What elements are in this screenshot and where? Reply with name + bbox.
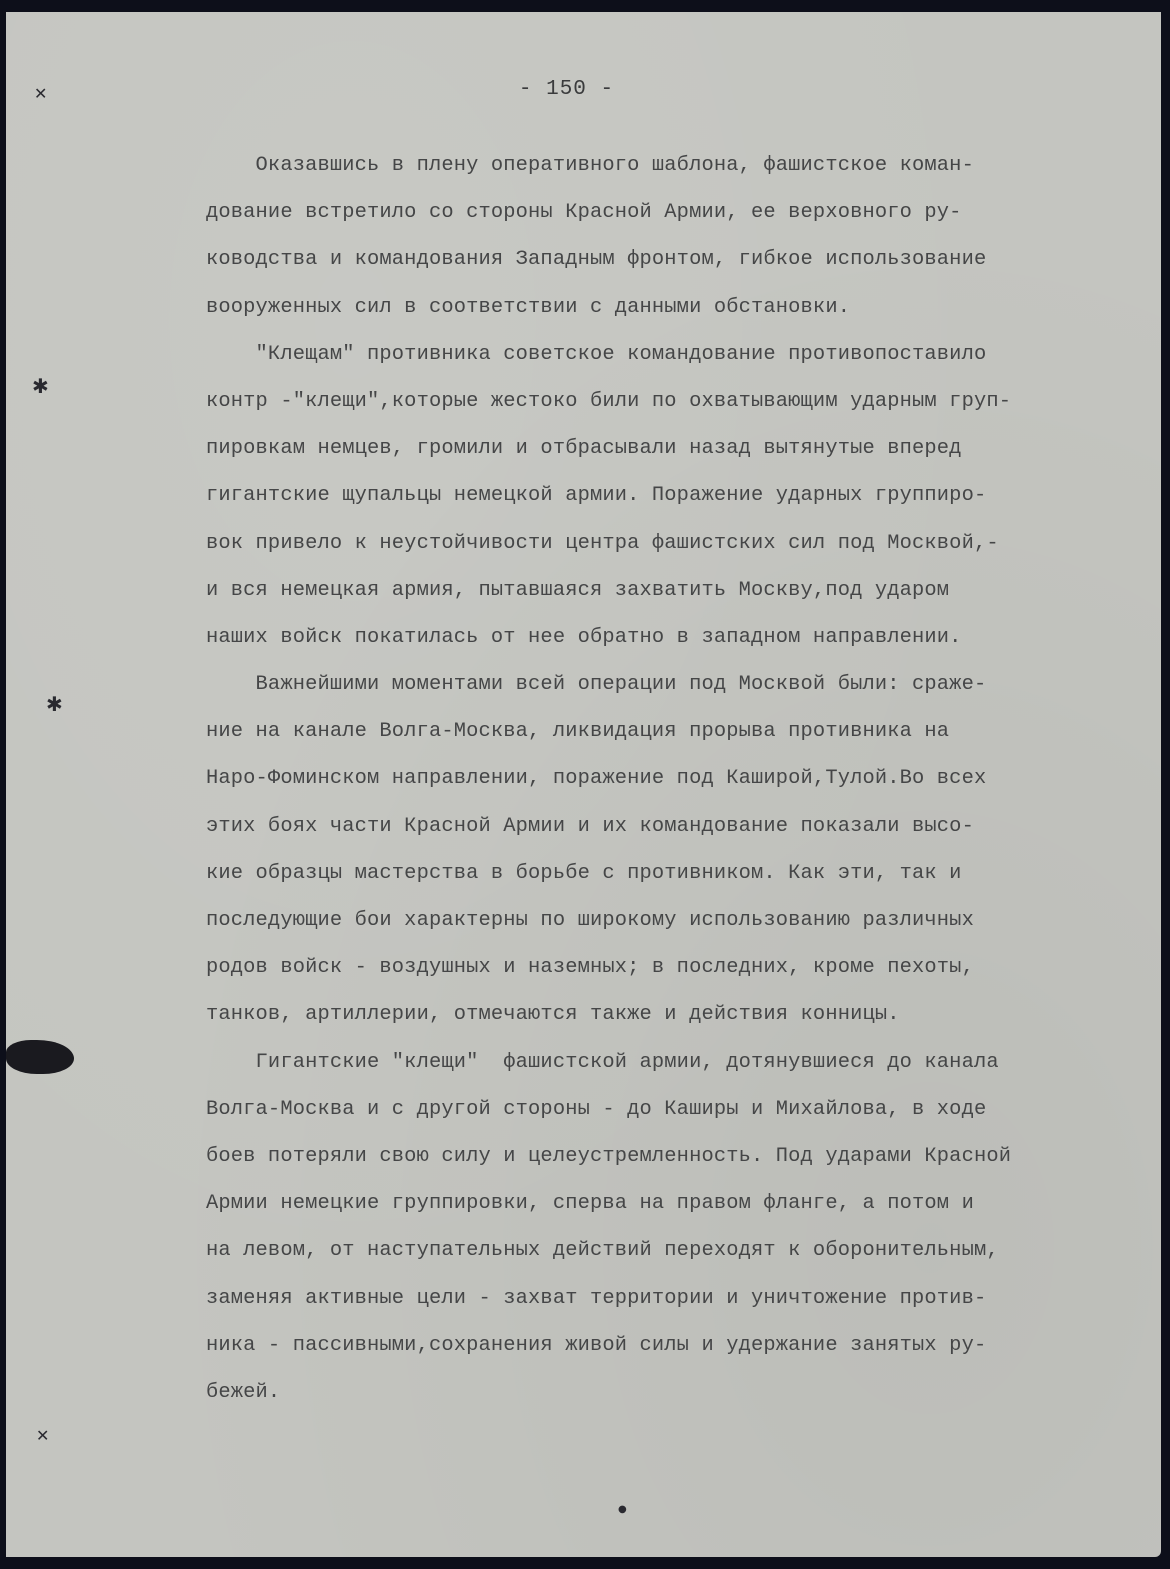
paragraph: Оказавшись в плену оперативного шаблона,… xyxy=(206,142,1151,331)
ink-speck-mark: ● xyxy=(618,1504,627,1515)
text-line: Наро-Фоминском направлении, поражение по… xyxy=(206,755,1151,802)
ink-speck-mark: ✕ xyxy=(34,84,47,103)
binding-hole-blot xyxy=(6,1040,74,1074)
text-line: ние на канале Волга-Москва, ликвидация п… xyxy=(206,708,1151,755)
text-line: родов войск - воздушных и наземных; в по… xyxy=(206,944,1151,991)
text-line: кие образцы мастерства в борьбе с против… xyxy=(206,850,1151,897)
text-line: вооруженных сил в соответствии с данными… xyxy=(206,284,1151,331)
text-line: боев потеряли свою силу и целеустремленн… xyxy=(206,1133,1151,1180)
text-line: ника - пассивными,сохранения живой силы … xyxy=(206,1322,1151,1369)
text-line: бежей. xyxy=(206,1369,1151,1416)
text-line: Гигантские "клещи" фашистской армии, дот… xyxy=(206,1039,1151,1086)
ink-speck-mark: ✱ xyxy=(32,374,49,398)
text-line: пировкам немцев, громили и отбрасывали н… xyxy=(206,425,1151,472)
text-line: заменяя активные цели - захват территори… xyxy=(206,1275,1151,1322)
text-line: Важнейшими моментами всей операции под М… xyxy=(206,661,1151,708)
paragraph: Важнейшими моментами всей операции под М… xyxy=(206,661,1151,1039)
text-line: этих боях части Красной Армии и их коман… xyxy=(206,803,1151,850)
text-line: наших войск покатилась от нее обратно в … xyxy=(206,614,1151,661)
text-line: последующие бои характерны по широкому и… xyxy=(206,897,1151,944)
page-number: - 150 - xyxy=(6,78,1161,101)
paragraph: Гигантские "клещи" фашистской армии, дот… xyxy=(206,1039,1151,1417)
text-line: Оказавшись в плену оперативного шаблона,… xyxy=(206,142,1151,189)
ink-speck-mark: ✕ xyxy=(36,1426,49,1445)
text-line: танков, артиллерии, отмечаются также и д… xyxy=(206,991,1151,1038)
text-line: на левом, от наступательных действий пер… xyxy=(206,1227,1151,1274)
text-line: дование встретило со стороны Красной Арм… xyxy=(206,189,1151,236)
document-page: - 150 - Оказавшись в плену оперативного … xyxy=(6,12,1161,1557)
text-line: вок привело к неустойчивости центра фаши… xyxy=(206,520,1151,567)
paragraph: "Клещам" противника советское командован… xyxy=(206,331,1151,661)
text-line: гигантские щупальцы немецкой армии. Пора… xyxy=(206,472,1151,519)
document-body: Оказавшись в плену оперативного шаблона,… xyxy=(206,142,1151,1416)
text-line: ководства и командования Западным фронто… xyxy=(206,236,1151,283)
text-line: Армии немецкие группировки, сперва на пр… xyxy=(206,1180,1151,1227)
text-line: "Клещам" противника советское командован… xyxy=(206,331,1151,378)
text-line: контр -"клещи",которые жестоко били по о… xyxy=(206,378,1151,425)
ink-speck-mark: ✱ xyxy=(46,692,63,716)
text-line: и вся немецкая армия, пытавшаяся захвати… xyxy=(206,567,1151,614)
text-line: Волга-Москва и с другой стороны - до Каш… xyxy=(206,1086,1151,1133)
